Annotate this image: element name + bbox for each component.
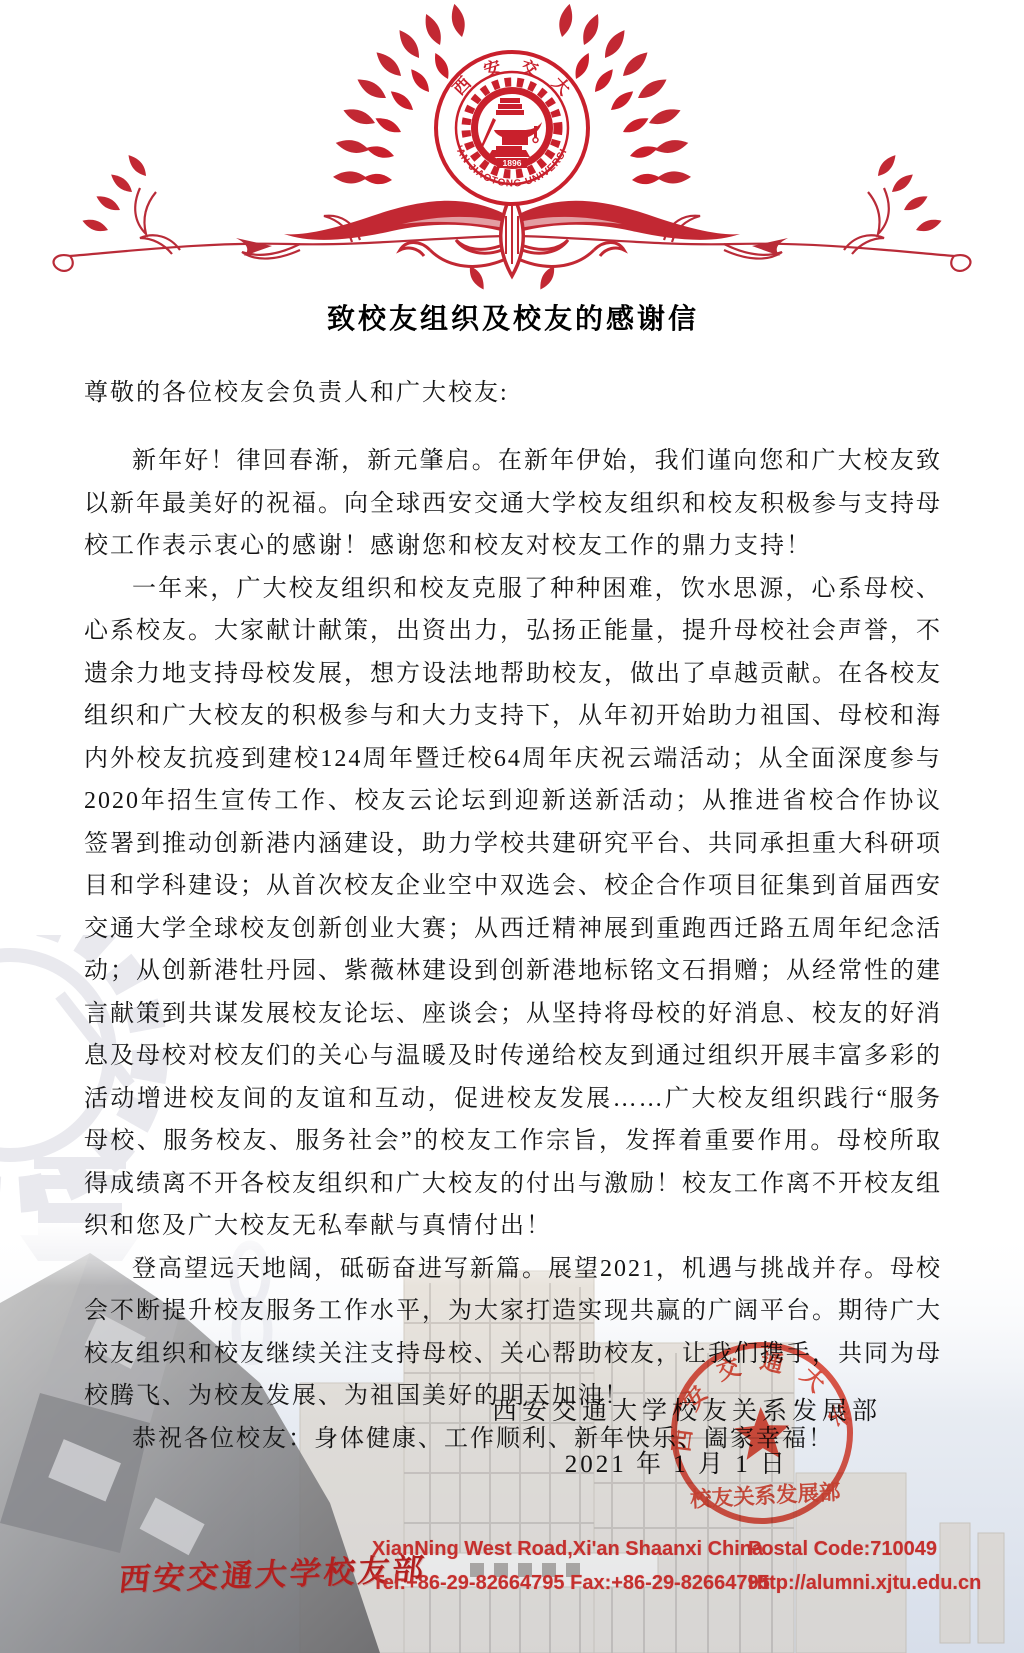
- official-seal-stamp: 西安交通大学 校友关系发展部: [661, 1332, 863, 1534]
- footer-tel-fax: Tel:+86-29-82664795 Fax:+86-29-82664795: [372, 1572, 770, 1595]
- letter-title: 致校友组织及校友的感谢信: [84, 294, 942, 344]
- paragraph-1: 新年好！律回春渐，新元肇启。在新年伊始，我们谨向您和广大校友致以新年最美好的祝福…: [84, 440, 942, 568]
- letter-body: 致校友组织及校友的感谢信 尊敬的各位校友会负责人和广大校友: 新年好！律回春渐，…: [84, 294, 942, 1460]
- letter-page: 1896 XI'AN JIAOTONG UNIVERSITY 西 安 交 大 致…: [0, 0, 1024, 1653]
- footer-postal-code: Postal Code:710049: [748, 1538, 937, 1561]
- header-artwork: 1896 XI'AN JIAOTONG UNIVERSITY 西 安 交 大: [0, 0, 1024, 300]
- footer-address: XianNing West Road,Xi'an Shaanxi China: [372, 1538, 763, 1561]
- university-emblem: 1896 XI'AN JIAOTONG UNIVERSITY 西 安 交 大: [0, 0, 588, 204]
- emblem-year: 1896: [503, 158, 522, 168]
- salutation: 尊敬的各位校友会负责人和广大校友:: [84, 372, 942, 414]
- seal-star-icon: [733, 1406, 790, 1461]
- paragraph-2: 一年来，广大校友组织和校友克服了种种困难，饮水思源，心系母校、心系校友。大家献计…: [84, 568, 942, 1248]
- footer-website: Http://alumni.xjtu.edu.cn: [748, 1572, 981, 1595]
- seal-bottom-text: 校友关系发展部: [689, 1479, 841, 1512]
